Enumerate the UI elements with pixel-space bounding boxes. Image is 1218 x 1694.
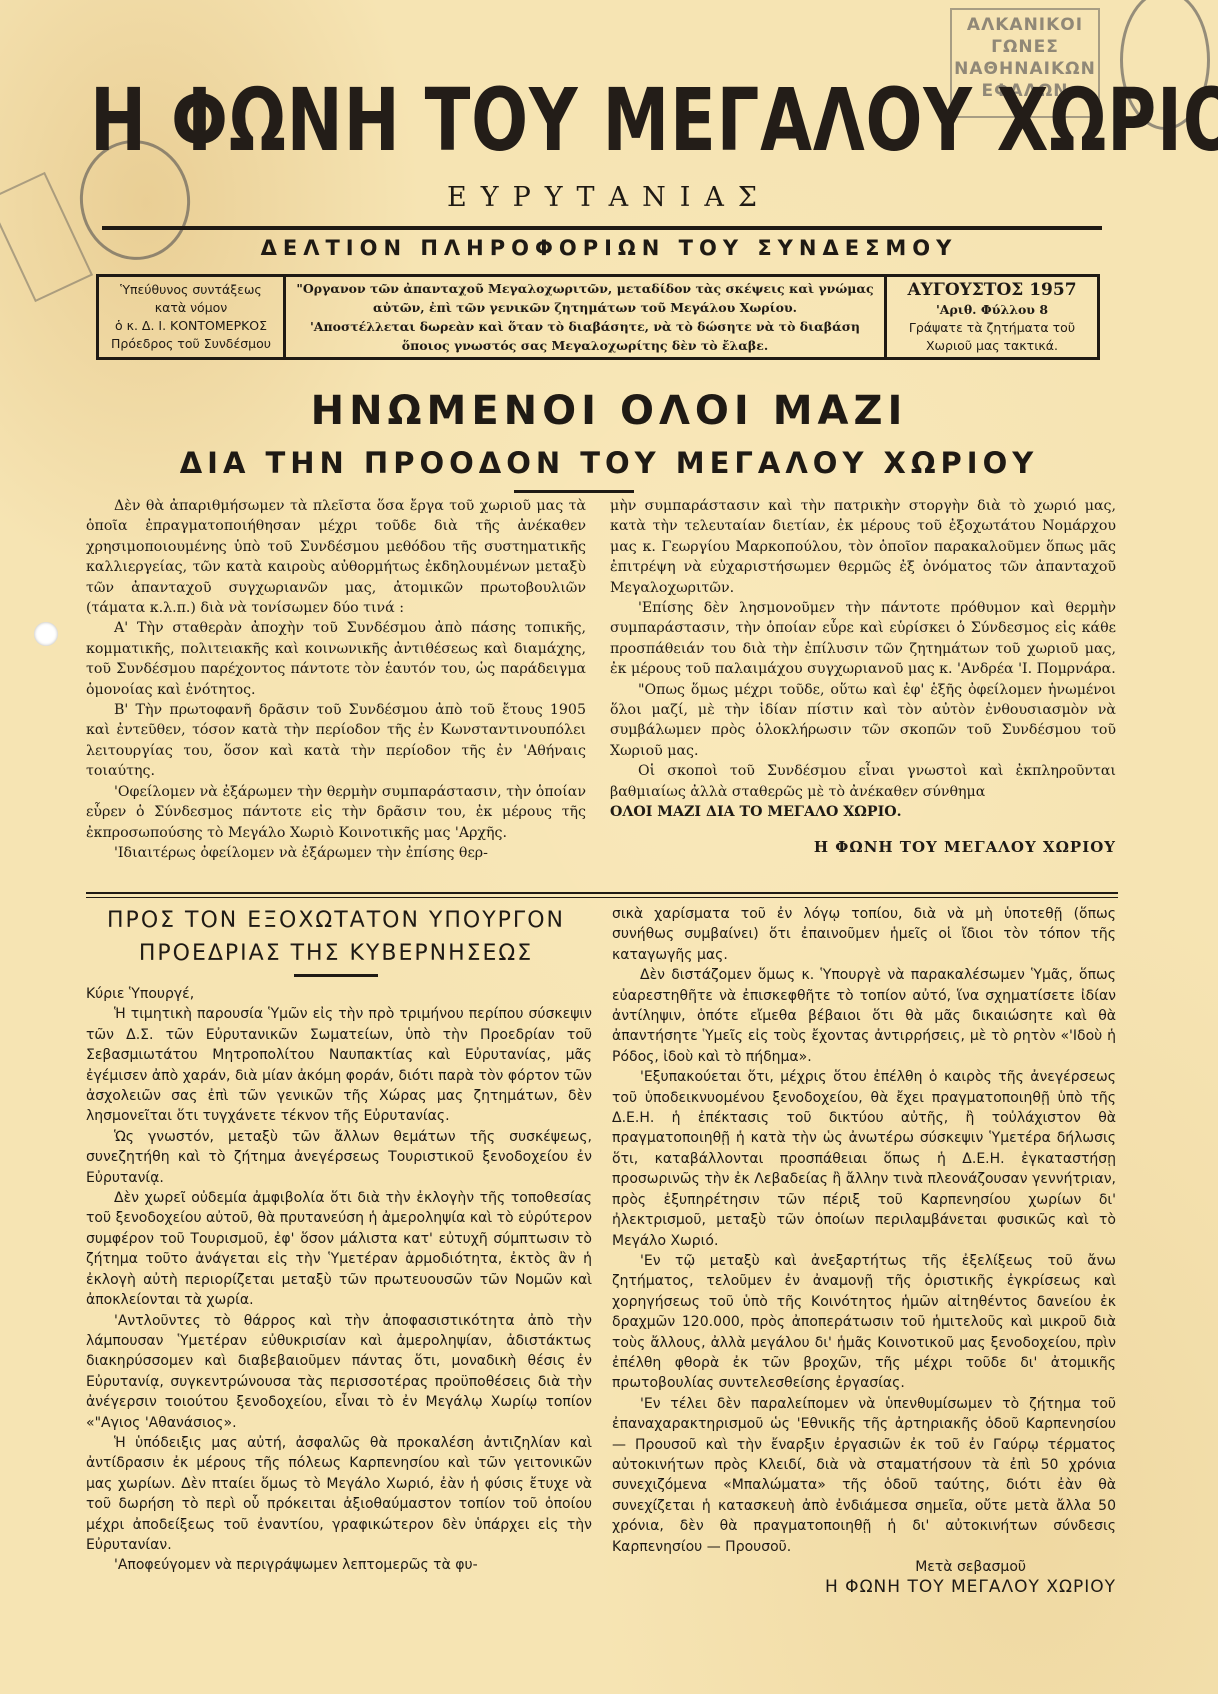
paragraph: Οἱ σκοποὶ τοῦ Συνδέσμου εἶναι γνωστοὶ κα…: [610, 761, 1116, 802]
article1-left-column: Δὲν θὰ ἀπαριθμήσωμεν τὰ πλεῖστα ὅσα ἔργα…: [86, 496, 586, 863]
paragraph: Δὲν διστάζομεν ὅμως κ. Ὑπουργὲ νὰ παρακα…: [612, 965, 1116, 1067]
article1-subheadline: ΔΙΑ ΤΗΝ ΠΡΟΟΔΟΝ ΤΟΥ ΜΕΓΑΛΟΥ ΧΩΡΙΟΥ: [0, 446, 1218, 480]
masthead-region: ΕΥΡΥΤΑΝΙΑΣ: [0, 182, 1218, 213]
article2-heading: ΠΡΟΣ ΤΟΝ ΕΞΟΧΩΤΑΤΟΝ ΥΠΟΥΡΓΟΝ ΠΡΟΕΔΡΙΑΣ Τ…: [86, 904, 586, 970]
article2-signature: Η ΦΩΝΗ ΤΟΥ ΜΕΓΑΛΟΥ ΧΩΡΙΟΥ: [612, 1577, 1116, 1597]
article1-headline: ΗΝΩΜΕΝΟΙ ΟΛΟΙ ΜΑΖΙ: [0, 388, 1218, 434]
article2-right-column: σικὰ χαρίσματα τοῦ ἐν λόγῳ τοπίου, διὰ ν…: [612, 904, 1116, 1598]
paragraph: 'Εξυπακούεται ὅτι, μέχρις ὅτου ἐπέλθη ὁ …: [612, 1067, 1116, 1251]
mission-statement: "Οργανον τῶν ἀπανταχοῦ Μεγαλοχωριτῶν, με…: [286, 277, 887, 357]
paragraph: 'Αποφεύγομεν νὰ περιγράψωμεν λεπτομερῶς …: [86, 1555, 592, 1575]
paragraph: Β' Τὴν πρωτοφανῆ δρᾶσιν τοῦ Συνδέσμου ἀπ…: [86, 700, 586, 782]
issue-date: ΑΥΓΟΥΣΤΟΣ 1957: [887, 279, 1097, 301]
headline-rule: [514, 490, 634, 493]
paragraph: Δὲν χωρεῖ οὐδεμία ἀμφιβολία ὅτι διὰ τὴν …: [86, 1188, 592, 1310]
paragraph: Ἡ τιμητικὴ παρουσία Ὑμῶν εἰς τὴν πρὸ τρι…: [86, 1004, 592, 1126]
slogan: ΟΛΟΙ ΜΑΖΙ ΔΙΑ ΤΟ ΜΕΓΑΛΟ ΧΩΡΙΟ.: [610, 802, 1116, 822]
article2-left-column: Κύριε Ὑπουργέ, Ἡ τιμητικὴ παρουσία Ὑμῶν …: [86, 984, 592, 1576]
salutation: Κύριε Ὑπουργέ,: [86, 984, 592, 1004]
paragraph: "Οπως ὅμως μέχρι τοῦδε, οὕτω καὶ ἐφ' ἑξῆ…: [610, 680, 1116, 762]
paragraph: 'Εν τέλει δὲν παραλείπομεν νὰ ὑπενθυμίσω…: [612, 1394, 1116, 1557]
issue-info: ΑΥΓΟΥΣΤΟΣ 1957 'Αριθ. Φύλλου 8 Γράψατε τ…: [887, 277, 1097, 357]
info-box: Ὑπεύθυνος συντάξεως κατὰ νόμον ὁ κ. Δ. Ι…: [96, 274, 1100, 360]
paragraph: 'Αντλοῦντες τὸ θάρρος καὶ τὴν ἀποφασιστι…: [86, 1311, 592, 1433]
article-divider-2: [86, 897, 1118, 898]
editor-info: Ὑπεύθυνος συντάξεως κατὰ νόμον ὁ κ. Δ. Ι…: [99, 277, 286, 357]
paragraph: 'Οφείλομεν νὰ ἐξάρωμεν τὴν θερμὴν συμπαρ…: [86, 782, 586, 843]
article2-heading-rule: [294, 974, 378, 977]
masthead-title: Η ΦΩΝΗ ΤΟΥ ΜΕΓΑΛΟΥ ΧΩΡΙΟΥ: [90, 78, 1112, 164]
closing-text: Μετὰ σεβασμοῦ: [612, 1557, 1116, 1577]
article-divider: [86, 892, 1118, 894]
paragraph: σικὰ χαρίσματα τοῦ ἐν λόγῳ τοπίου, διὰ ν…: [612, 904, 1116, 965]
masthead-subtitle: ΔΕΛΤΙΟΝ ΠΛΗΡΟΦΟΡΙΩΝ ΤΟΥ ΣΥΝΔΕΣΜΟΥ: [0, 236, 1218, 260]
paragraph: 'Επίσης δὲν λησμονοῦμεν τὴν πάντοτε πρόθ…: [610, 598, 1116, 680]
masthead-rule: [102, 226, 1102, 230]
paragraph: μὴν συμπαράστασιν καὶ τὴν πατρικὴν στοργ…: [610, 496, 1116, 598]
article1-signature: Η ΦΩΝΗ ΤΟΥ ΜΕΓΑΛΟΥ ΧΩΡΙΟΥ: [610, 837, 1116, 857]
paragraph: 'Εν τῷ μεταξὺ καὶ ἀνεξαρτήτως τῆς ἐξελίξ…: [612, 1251, 1116, 1394]
paragraph: 'Ιδιαιτέρως ὀφείλομεν νὰ ἐξάρωμεν τὴν ἐπ…: [86, 843, 586, 863]
article1-right-column: μὴν συμπαράστασιν καὶ τὴν πατρικὴν στοργ…: [610, 496, 1116, 857]
paragraph: Ἡ ὑπόδειξις μας αὐτή, ἀσφαλῶς θὰ προκαλέ…: [86, 1433, 592, 1555]
paragraph: Δὲν θὰ ἀπαριθμήσωμεν τὰ πλεῖστα ὅσα ἔργα…: [86, 496, 586, 618]
punch-hole: [34, 622, 58, 646]
issue-number: 'Αριθ. Φύλλου 8: [887, 301, 1097, 319]
paragraph: Ὡς γνωστόν, μεταξὺ τῶν ἄλλων θεμάτων τῆς…: [86, 1127, 592, 1188]
paragraph: Α' Τὴν σταθερὰν ἀποχὴν τοῦ Συνδέσμου ἀπὸ…: [86, 618, 586, 700]
